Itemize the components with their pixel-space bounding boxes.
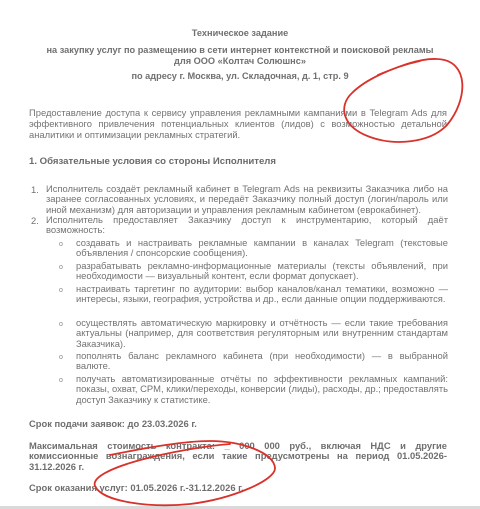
sub-list-item: пополнять баланс рекламного кабинета (пр…: [76, 351, 448, 372]
application-deadline: Срок подачи заявок: до 23.03.2026 г.: [29, 419, 447, 429]
list-item: Исполнитель создаёт рекламный кабинет в …: [46, 184, 448, 215]
document-subtitle-line1: на закупку услуг по размещению в сети ин…: [0, 45, 480, 55]
sub-bullet: o: [59, 354, 63, 361]
sub-bullet: o: [59, 287, 63, 294]
sub-list-item: создавать и настраивать рекламные кампан…: [76, 238, 448, 259]
max-contract-cost: Максимальная стоимость контракта: _ 000 …: [29, 441, 447, 472]
document-subtitle-line2: для ООО «Колтач Солюшнс»: [0, 56, 480, 66]
sub-bullet: o: [59, 264, 63, 271]
document-address: по адресу г. Москва, ул. Складочная, д. …: [0, 71, 480, 81]
item-number: 1.: [31, 184, 39, 195]
sub-list-item: разрабатывать рекламно-информационные ма…: [76, 261, 448, 282]
sub-list-item: осуществлять автоматическую маркировку и…: [76, 318, 448, 349]
intro-paragraph: Предоставление доступа к сервису управле…: [29, 108, 447, 140]
sub-bullet: o: [59, 241, 63, 248]
item-number: 2.: [31, 215, 39, 226]
document-page: Техническое задание на закупку услуг по …: [0, 0, 480, 509]
sub-bullet: o: [59, 377, 63, 384]
sub-list-item: настраивать таргетинг по аудитории: выбо…: [76, 284, 448, 305]
document-title: Техническое задание: [0, 28, 480, 38]
sub-bullet: o: [59, 321, 63, 328]
section1-heading: 1. Обязательные условия со стороны Испол…: [29, 156, 276, 167]
sub-list-item: получать автоматизированные отчёты по эф…: [76, 374, 448, 405]
list-item: Исполнитель предоставляет Заказчику дост…: [46, 215, 448, 236]
service-period: Срок оказания услуг: 01.05.2026 г.-31.12…: [29, 483, 447, 493]
